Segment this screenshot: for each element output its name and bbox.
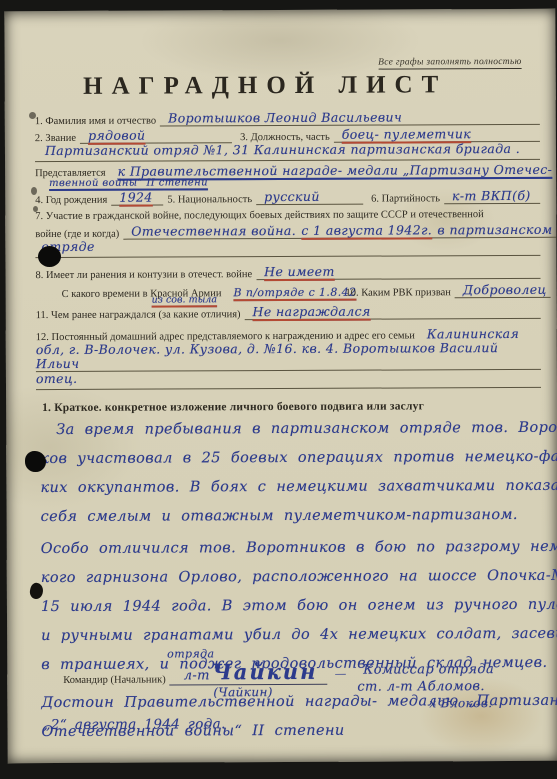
document-content: Все графы заполнять полностью НАГРАДНОЙ … xyxy=(4,9,557,763)
feat-p2-line: кого гарнизона Орлово, расположенного на… xyxy=(41,562,540,593)
commissar-rank-name: ст. л-т Абломов. xyxy=(357,678,494,696)
field-address-row3: отец. xyxy=(36,370,541,390)
feat-p1-line: За время пребывания в партизанском отряд… xyxy=(40,414,539,445)
form-fields: 1. Фамилия имя и отчество Воротышков Лео… xyxy=(35,108,543,747)
ink-speck xyxy=(29,112,36,119)
field-birth-nationality-row: 4. Год рождения 1924 5. Национальность р… xyxy=(35,187,540,206)
feat-p1-line: себя смелым и отважным пулеметчиком-парт… xyxy=(41,501,540,532)
scanned-paper-sheet: Все графы заполнять полностью НАГРАДНОЙ … xyxy=(4,9,557,763)
section-title: 1. Краткое. конкретное изложение личного… xyxy=(42,400,541,414)
commander-signature: Чайкин xyxy=(212,659,317,684)
field-rvk-label: 10. Каким РВК призван xyxy=(345,287,455,298)
ink-speck xyxy=(31,187,37,195)
field-war-line: Отечественная война. с 1 августа 1942г. … xyxy=(123,223,556,240)
field-wounds-label: 8. Имеет ли ранения и контузии в отечест… xyxy=(35,269,256,281)
field-party-line: к-т ВКП(б) xyxy=(444,189,540,204)
field-army-rvk-row: С какого времени в Красной Армии В п/отр… xyxy=(36,281,541,300)
commander-label: Командир (Начальник) xyxy=(63,674,169,685)
commander-otryada-note: отряда xyxy=(167,647,214,660)
signature-block: отряда Командир (Начальник) л-т Чайкин (… xyxy=(63,658,540,700)
commander-signature-line: л-т Чайкин xyxy=(170,659,328,686)
feat-p1-line: ков участвовал в 25 боевых операциях про… xyxy=(40,443,539,474)
field-prior-awards-line: Не награждался xyxy=(245,304,541,320)
ink-speck xyxy=(33,206,38,212)
feat-p2-line: 15 июля 1944 года. В этом бою он огнем и… xyxy=(41,591,540,622)
field-nationality-label: 5. Национальность xyxy=(163,194,256,205)
field-presented-line: к Правительственной награде- медали „Пар… xyxy=(110,163,557,179)
field-birthyear-value: 1924 xyxy=(119,190,152,205)
field-name-value: Воротышков Леонид Васильевич xyxy=(168,109,402,125)
field-wounds-row: 8. Имеет ли ранения и контузии в отечест… xyxy=(35,262,540,281)
field-address-value1: Калининская xyxy=(427,326,519,341)
field-unit-value: Партизанский отряд №1, 31 Калининская па… xyxy=(45,141,520,158)
document-title: НАГРАДНОЙ ЛИСТ xyxy=(5,71,526,101)
field-presented-value: к Правительственной награде- медали „Пар… xyxy=(118,162,553,179)
field-position-value: боец- пулеметчик xyxy=(342,126,472,142)
field-war-value-c: в партизанском xyxy=(437,222,552,238)
field-army-since-value: В п/отряде с 1.8.42 xyxy=(233,286,356,300)
hole-punch xyxy=(38,246,61,267)
field-unit-row: Партизанский отряд №1, 31 Калининская па… xyxy=(35,142,540,162)
field-name-row: 1. Фамилия имя и отчество Воротышков Лео… xyxy=(35,108,540,127)
field-address-value2: обл, г. В-Волочек. ул. Кузова, д. №16. к… xyxy=(36,340,499,371)
commissar-signature: х Блоков. xyxy=(429,695,494,712)
field-birthyear-line: 1924 xyxy=(111,191,163,206)
signature-dash: — xyxy=(335,669,346,680)
feat-p2-line: Особо отличился тов. Воротников в бою по… xyxy=(41,533,540,564)
field-address-value3: отец. xyxy=(36,371,78,386)
top-right-note-wrap: Все графы заполнять полностью xyxy=(378,51,522,70)
field-rank-value: рядовой xyxy=(88,128,145,143)
feat-p2-line: и ручными гранатами убил до 4х немецких … xyxy=(41,620,540,651)
field-presented-value2: твенной войны“ II степени xyxy=(49,177,208,189)
field-wounds-line: Не имеет xyxy=(256,264,540,280)
field-war-value-b: с 1 августа 1942г. xyxy=(301,222,432,238)
field-war-row: войне (где и когда) Отечественная война.… xyxy=(35,221,540,240)
field-name-label: 1. Фамилия имя и отчество xyxy=(35,116,160,128)
feat-paragraph-1: За время пребывания в партизанском отряд… xyxy=(40,414,540,532)
hole-punch xyxy=(25,451,46,472)
field-party-value: к-т ВКП(б) xyxy=(452,188,531,203)
field-prior-awards-row: 11. Чем ранее награждался (за какие отли… xyxy=(36,302,541,321)
field-birthyear-label: 4. Год рождения xyxy=(35,195,111,206)
feat-p1-line: ких оккупантов. В боях с немецкими захва… xyxy=(40,472,539,503)
field-war-value-a: Отечественная война. xyxy=(131,223,296,239)
document-date: „2“ августа 1944 года. xyxy=(43,716,225,733)
field-wounds-value: Не имеет xyxy=(264,264,335,279)
field-war-label-line1: 7. Участие в гражданской войне, последую… xyxy=(35,204,540,223)
field-rvk-line: Доброволец xyxy=(455,283,551,298)
field-war-row2: отряде xyxy=(35,238,540,258)
commissar-label: Комиссар отряда xyxy=(363,661,494,679)
field-party-label: 6. Партийность xyxy=(363,193,444,204)
field-presented-row: Представляется к Правительственной награ… xyxy=(35,160,540,179)
commissar-block: Комиссар отряда ст. л-т Абломов. х Блоко… xyxy=(363,661,494,713)
field-army-since-line: В п/отряде с 1.8.42 xyxy=(225,286,345,300)
field-army-since-note: из сов. тыла xyxy=(152,294,217,305)
field-prior-awards-value: Не награждался xyxy=(253,304,371,320)
field-address-row2: обл, г. В-Волочек. ул. Кузова, д. №16. к… xyxy=(36,341,541,372)
field-rvk-value: Доброволец xyxy=(463,282,547,297)
fill-all-fields-note: Все графы заполнять полностью xyxy=(378,57,522,70)
field-nationality-value: русский xyxy=(264,189,320,204)
commander-rank: л-т xyxy=(184,668,210,683)
field-prior-awards-label: 11. Чем ранее награждался (за какие отли… xyxy=(36,309,245,321)
field-name-line: Воротышков Леонид Васильевич xyxy=(160,110,540,127)
field-nationality-line: русский xyxy=(256,190,363,205)
